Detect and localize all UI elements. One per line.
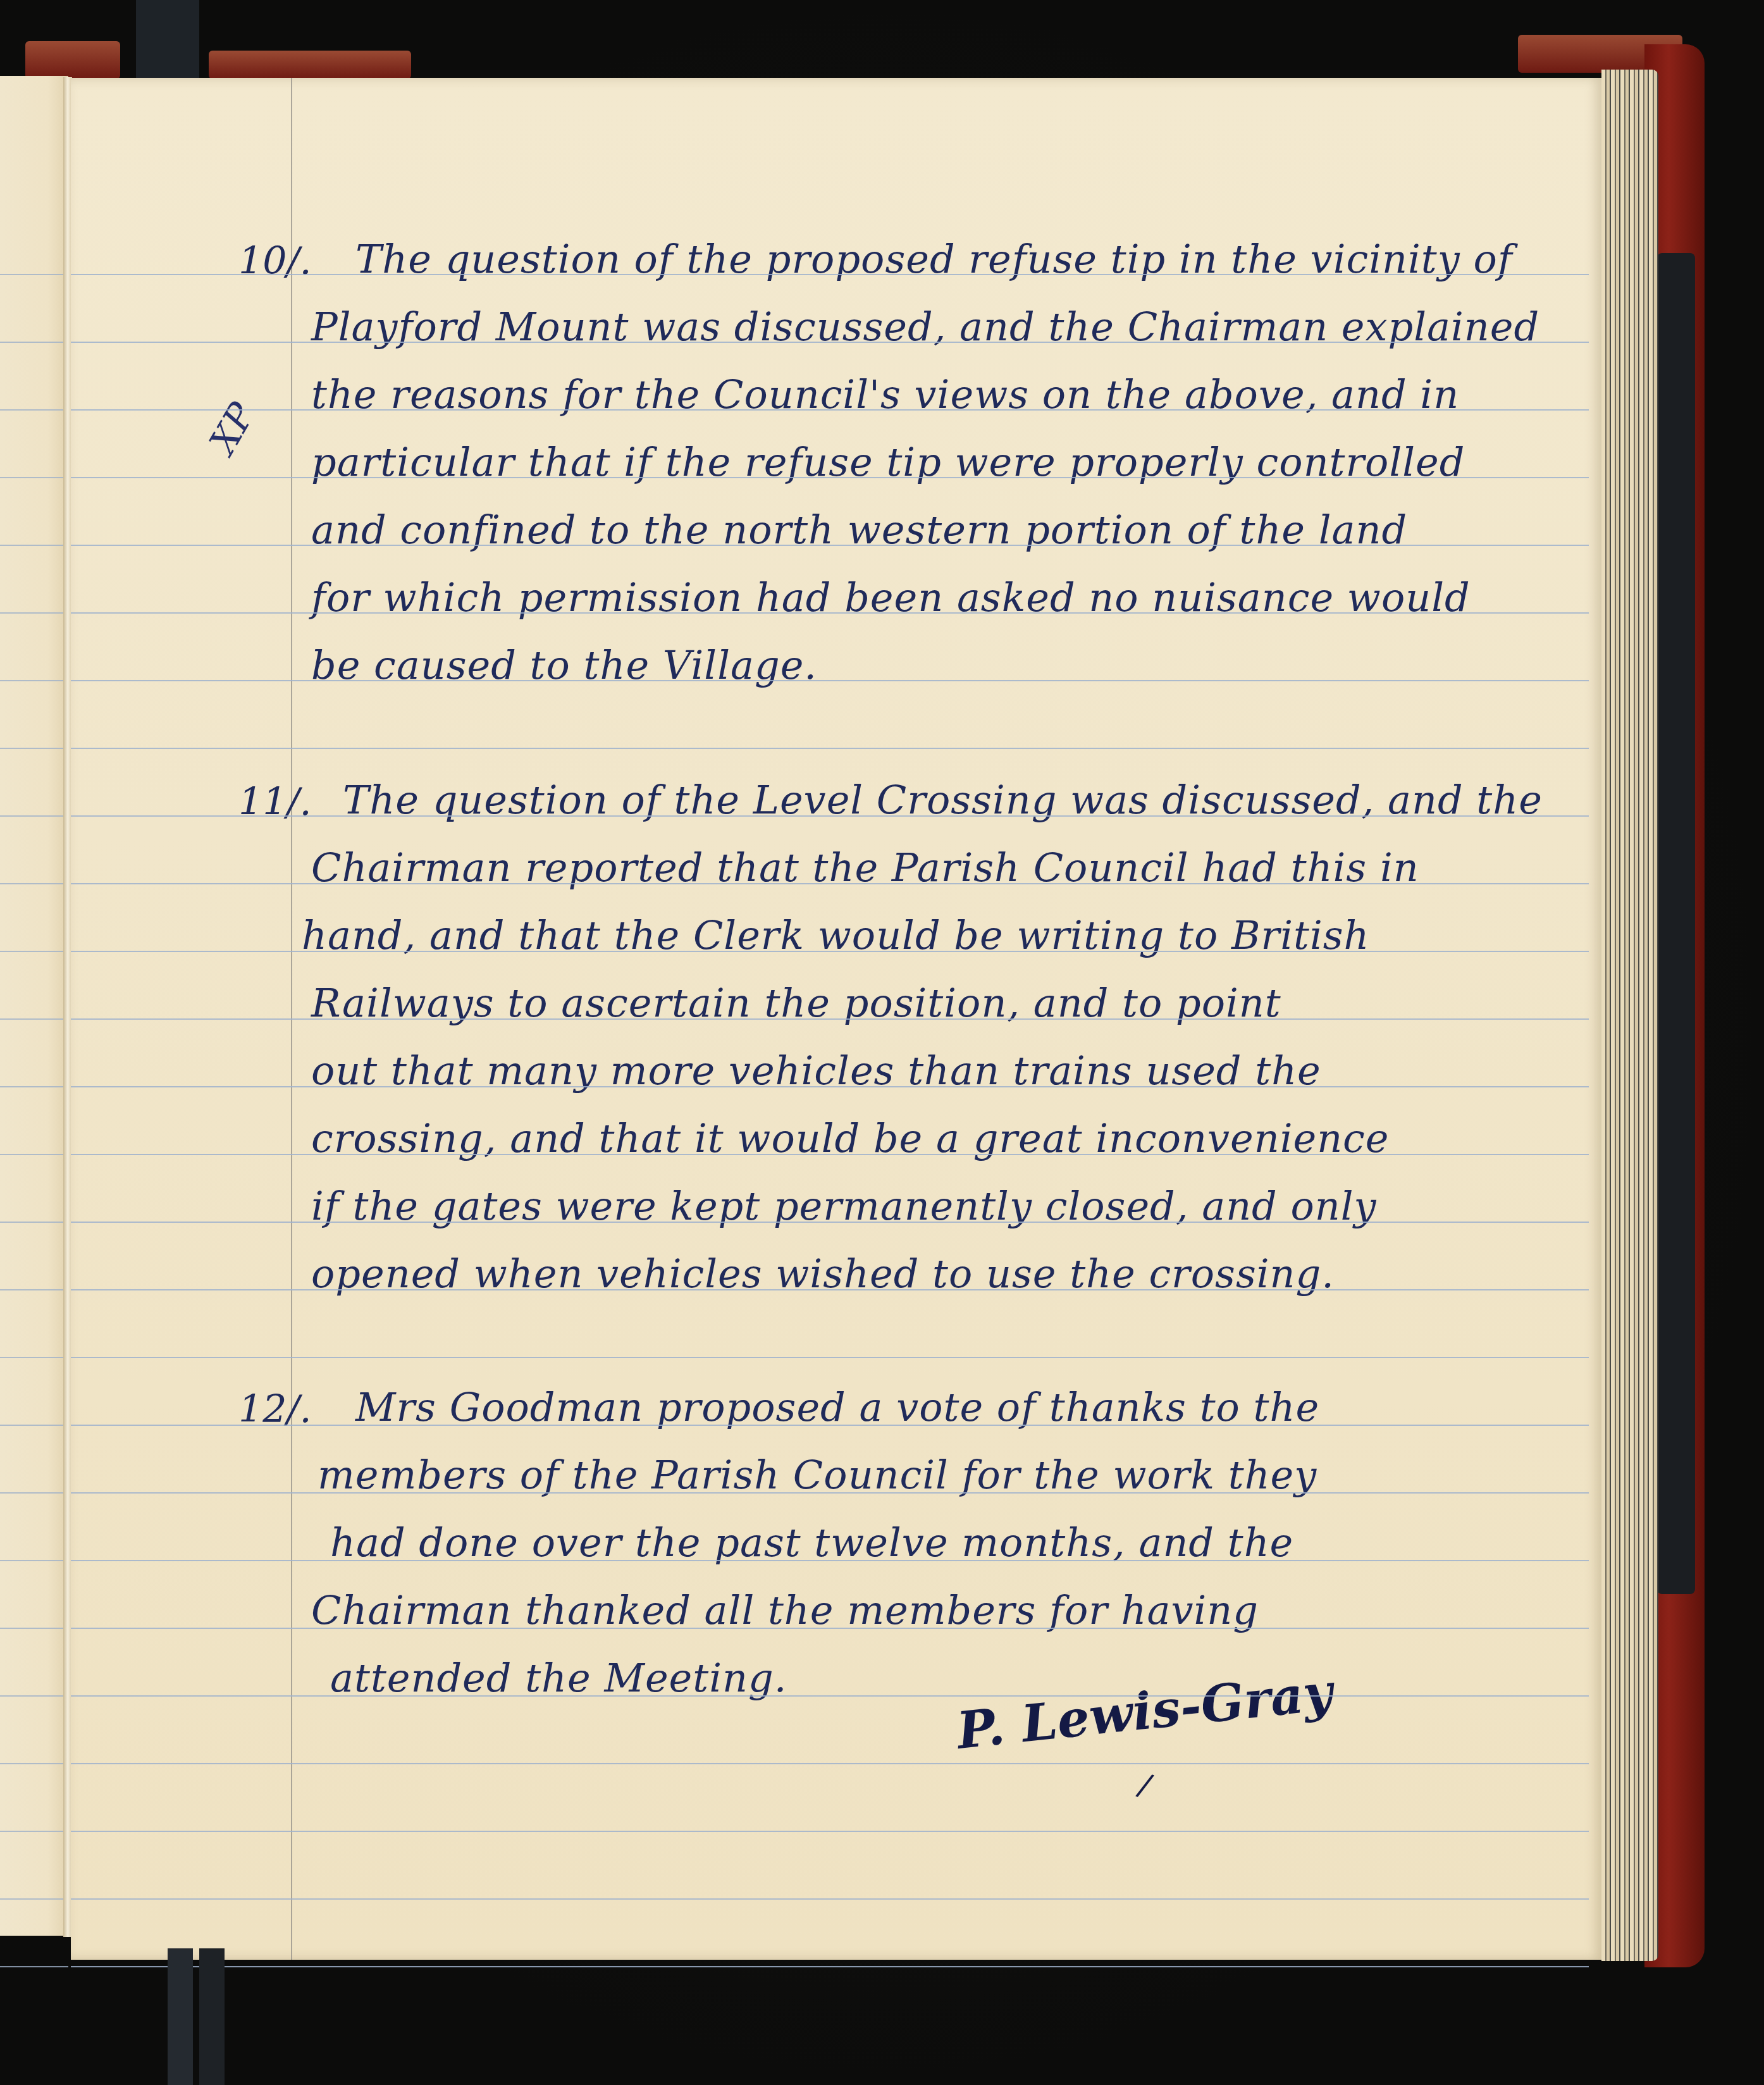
signature-mark: / <box>1134 1766 1157 1804</box>
ruled-line <box>71 1357 1589 1358</box>
item-12-line-3: had done over the past twelve months, an… <box>330 1519 1293 1566</box>
ruled-line <box>71 1966 1589 1967</box>
ruled-line <box>0 815 68 817</box>
ruled-line <box>0 1357 68 1358</box>
ruled-line <box>71 545 1589 546</box>
frayed-cover-top <box>209 51 411 79</box>
ruled-line <box>0 680 68 681</box>
ribbon-bookmark-2 <box>199 1948 225 2085</box>
ribbon-bookmark <box>168 1948 193 2085</box>
cover-cloth-patch <box>1657 253 1695 1594</box>
ruled-line <box>0 1222 68 1223</box>
facing-page-edge <box>0 76 68 1936</box>
ruled-line <box>71 1018 1589 1020</box>
ruled-line <box>71 274 1589 275</box>
ruled-line <box>71 1425 1589 1426</box>
ruled-line <box>0 1966 68 1967</box>
ruled-line <box>71 680 1589 681</box>
ruled-line <box>71 1831 1589 1832</box>
ruled-line <box>71 342 1589 343</box>
ruled-line <box>71 951 1589 952</box>
ruled-line <box>0 1289 68 1290</box>
item-12-line-5: attended the Meeting. <box>330 1655 787 1701</box>
item-number-11: 11/. <box>238 780 312 824</box>
spine-cloth-strip <box>136 0 199 79</box>
frayed-cover-corner-left <box>25 41 120 79</box>
ruled-line <box>0 274 68 275</box>
item-10-line-4: particular that if the refuse tip were p… <box>311 439 1465 485</box>
ruled-line <box>71 815 1589 817</box>
ruled-line <box>71 883 1589 884</box>
chairman-signature: P. Lewis-Gray <box>954 1662 1336 1760</box>
margin-annotation: XP <box>201 395 264 461</box>
ruled-line <box>71 1289 1589 1290</box>
ruled-line <box>71 612 1589 614</box>
item-10-line-3: the reasons for the Council's views on t… <box>311 371 1459 418</box>
ruled-line <box>71 477 1589 478</box>
ruled-line <box>71 748 1589 749</box>
item-12-line-2: members of the Parish Council for the wo… <box>318 1452 1317 1498</box>
item-10-line-1: The question of the proposed refuse tip … <box>355 236 1513 282</box>
ruled-line <box>71 409 1589 411</box>
ruled-line <box>0 1898 68 1900</box>
ruled-line <box>0 1018 68 1020</box>
ruled-line <box>0 951 68 952</box>
ruled-line <box>71 1154 1589 1155</box>
ruled-line <box>71 1560 1589 1561</box>
ruled-line <box>0 748 68 749</box>
ruled-line <box>0 1628 68 1629</box>
ruled-line <box>0 1425 68 1426</box>
minute-book-page: XP 10/. The question of the proposed ref… <box>71 78 1601 1960</box>
ruled-line <box>0 1763 68 1764</box>
ruled-line <box>71 1695 1589 1697</box>
item-10-line-6: for which permission had been asked no n… <box>311 574 1471 621</box>
item-number-10: 10/. <box>238 239 312 283</box>
ruled-line <box>71 1898 1589 1900</box>
ruled-line <box>0 1492 68 1494</box>
ruled-line <box>0 342 68 343</box>
ruled-line <box>0 409 68 411</box>
item-12-line-4: Chairman thanked all the members for hav… <box>311 1587 1259 1633</box>
item-12-line-1: Mrs Goodman proposed a vote of thanks to… <box>355 1384 1319 1430</box>
ruled-line <box>0 612 68 614</box>
ruled-line <box>0 1560 68 1561</box>
page-stack-edges <box>1601 70 1658 1961</box>
item-10-line-2: Playford Mount was discussed, and the Ch… <box>311 304 1539 350</box>
item-10-line-7: be caused to the Village. <box>311 642 817 688</box>
ruled-line <box>0 1154 68 1155</box>
ruled-line <box>71 1763 1589 1764</box>
ruled-line <box>0 1695 68 1697</box>
ruled-line <box>0 477 68 478</box>
ruled-line <box>71 1086 1589 1087</box>
ruled-line <box>71 1628 1589 1629</box>
ruled-line <box>71 1492 1589 1494</box>
ruled-line <box>71 1222 1589 1223</box>
ruled-line <box>0 883 68 884</box>
ruled-line <box>0 545 68 546</box>
ruled-line <box>0 1831 68 1832</box>
ruled-line <box>0 1086 68 1087</box>
item-10-line-5: and confined to the north western portio… <box>311 507 1407 553</box>
